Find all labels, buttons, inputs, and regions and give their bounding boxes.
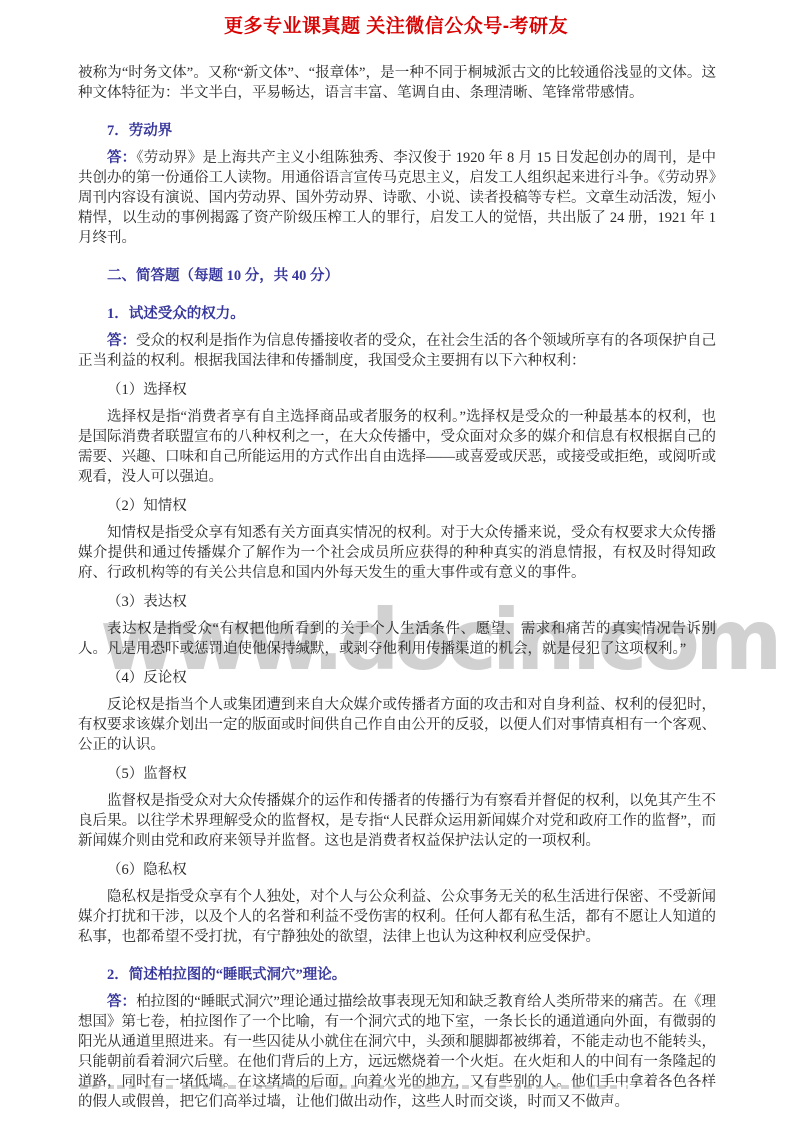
list-item-heading: （3）表达权 <box>78 592 716 612</box>
paragraph: 监督权是指受众对大众传播媒介的运作和传播者的传播行为有察看并督促的权利，以免其产… <box>78 791 716 851</box>
section-heading: 1．试述受众的权力。 <box>78 304 716 324</box>
paragraph: 表达权是指受众“有权把他所看到的关于个人生活条件、愿望、需求和痛苦的真实情况告诉… <box>78 619 716 659</box>
section-heading: 7．劳动界 <box>78 121 716 141</box>
answer-paragraph: 答：受众的权利是指作为信息传播接收者的受众，在社会生活的各个领域所享有的各项保护… <box>78 331 716 371</box>
document-page: 更多专业课真题 关注微信公众号-考研友 www.docin.com 被称为“时务… <box>0 0 792 1122</box>
answer-label: 答： <box>107 994 136 1010</box>
paragraph: 被称为“时务文体”。又称“新文体”、“报章体”，是一种不同于桐城派古文的比较通俗… <box>78 63 716 103</box>
paragraph: 选择权是指“消费者享有自主选择商品或者服务的权利。”选择权是受众的一种最基本的权… <box>78 407 716 487</box>
answer-paragraph: 答：《劳动界》是上海共产主义小组陈独秀、李汉俊于 1920 年 8 月 15 日… <box>78 148 716 248</box>
document-body: 被称为“时务文体”。又称“新文体”、“报章体”，是一种不同于桐城派古文的比较通俗… <box>78 56 716 1119</box>
section-heading: 二、简答题（每题 10 分，共 40 分） <box>78 266 716 286</box>
promo-banner: 更多专业课真题 关注微信公众号-考研友 <box>0 11 792 38</box>
paragraph: 隐私权是指受众享有个人独处，对个人与公众利益、公众事务无关的私生活进行保密、不受… <box>78 887 716 947</box>
paragraph: 反论权是指当个人或集团遭到来自大众媒介或传播者方面的攻击和对自身利益、权利的侵犯… <box>78 695 716 755</box>
answer-paragraph: 答：柏拉图的“睡眠式洞穴”理论通过描绘故事表现无知和缺乏教育给人类所带来的痛苦。… <box>78 992 716 1112</box>
list-item-heading: （6）隐私权 <box>78 860 716 880</box>
list-item-heading: （4）反论权 <box>78 668 716 688</box>
list-item-heading: （5）监督权 <box>78 764 716 784</box>
list-item-heading: （2）知情权 <box>78 496 716 516</box>
section-heading: 2．简述柏拉图的“睡眠式洞穴”理论。 <box>78 965 716 985</box>
answer-label: 答： <box>107 333 136 349</box>
clipped-footer-line <box>80 1085 628 1089</box>
answer-label: 答： <box>107 150 136 166</box>
list-item-heading: （1）选择权 <box>78 380 716 400</box>
paragraph: 知情权是指受众享有知悉有关方面真实情况的权利。对于大众传播来说，受众有权要求大众… <box>78 523 716 583</box>
